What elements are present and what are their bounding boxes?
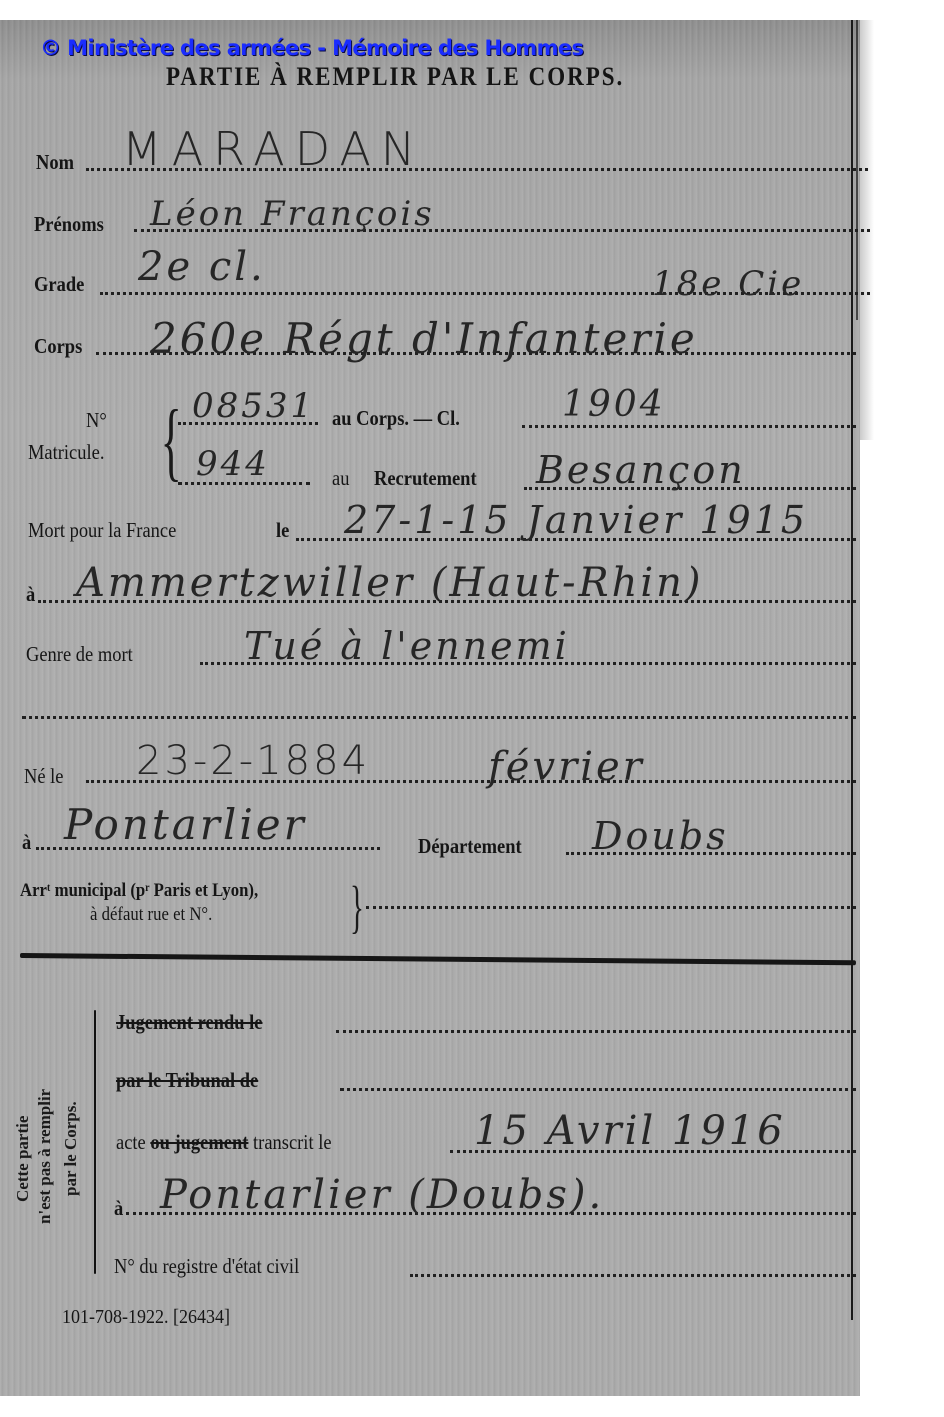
value-corps: 260e Régt d'Infanterie xyxy=(150,314,698,363)
value-lieu-naissance: Pontarlier xyxy=(64,800,307,849)
value-classe: 1904 xyxy=(562,384,666,425)
label-corps: Corps xyxy=(34,334,82,359)
line-registre xyxy=(410,1274,856,1277)
label-lieu-transcription: à xyxy=(114,1196,123,1221)
label-registre: N° du registre d'état civil xyxy=(114,1254,299,1279)
label-recrutement: Recrutement xyxy=(374,466,477,491)
label-prenoms: Prénoms xyxy=(34,212,104,237)
side-note-line1: Cette partie xyxy=(12,1116,33,1202)
value-lieu-mort: Ammertzwiller (Haut-Rhin) xyxy=(76,560,704,606)
label-acte: acte ou jugement transcrit le xyxy=(116,1130,332,1155)
label-lieu-naissance: à xyxy=(22,830,31,855)
value-grade: 2e cl. xyxy=(138,244,266,290)
right-border-line xyxy=(851,20,853,1320)
arrondissement-brace: } xyxy=(350,878,364,936)
label-grade: Grade xyxy=(34,272,84,297)
label-au-corps-cl: au Corps. — Cl. xyxy=(332,406,460,431)
value-mort: 27-1-15 Janvier 1915 xyxy=(344,498,808,542)
label-arrondissement-1: Arrᵗ municipal (pʳ Paris et Lyon), xyxy=(20,880,258,902)
label-matricule: Matricule. xyxy=(28,440,104,465)
label-ne-le: Né le xyxy=(24,764,64,789)
line-tribunal xyxy=(340,1088,856,1091)
form-title: PARTIE À REMPLIR PAR LE CORPS. xyxy=(166,62,624,92)
label-nom: Nom xyxy=(36,150,74,175)
value-matricule-recrutement: 944 xyxy=(196,444,270,484)
line-blank xyxy=(22,716,856,719)
side-note-line3: par le Corps. xyxy=(60,1101,81,1196)
value-acte: 15 Avril 1916 xyxy=(474,1108,786,1154)
value-compagnie: 18e Cie xyxy=(652,264,804,304)
label-mort: Mort pour la France xyxy=(28,518,176,543)
label-genre-mort: Genre de mort xyxy=(26,642,133,667)
value-genre-mort: Tué à l'ennemi xyxy=(244,624,570,668)
line-arrondissement xyxy=(366,906,856,909)
label-matricule-no: N° xyxy=(86,408,107,433)
label-tribunal: par le Tribunal de xyxy=(116,1068,258,1093)
label-recrutement-au: au xyxy=(332,466,349,491)
label-jugement: Jugement rendu le xyxy=(116,1010,262,1035)
value-ne-le: 23-2-1884 xyxy=(136,738,370,784)
label-lieu-mort: à xyxy=(26,582,35,607)
label-arrondissement-2: à défaut rue et N°. xyxy=(90,904,212,926)
label-departement: Département xyxy=(418,834,522,859)
section2-brace xyxy=(94,1010,96,1274)
value-recrutement-place: Besançon xyxy=(536,448,746,492)
value-departement: Doubs xyxy=(592,814,729,858)
value-ne-mois: février xyxy=(488,744,645,790)
matricule-brace: { xyxy=(161,398,182,486)
line-jugement xyxy=(336,1030,856,1033)
copyright-watermark: © Ministère des armées - Mémoire des Hom… xyxy=(40,36,583,60)
line-classe xyxy=(522,425,856,428)
form-reference: 101-708-1922. [26434] xyxy=(62,1306,230,1329)
value-lieu-transcription: Pontarlier (Doubs). xyxy=(160,1172,604,1218)
value-nom: MARADAN xyxy=(122,122,425,176)
value-prenoms: Léon François xyxy=(150,194,435,234)
side-note-line2: n'est pas à remplir xyxy=(34,1089,55,1224)
value-matricule-corps: 08531 xyxy=(192,386,315,426)
label-mort-le: le xyxy=(276,518,289,543)
